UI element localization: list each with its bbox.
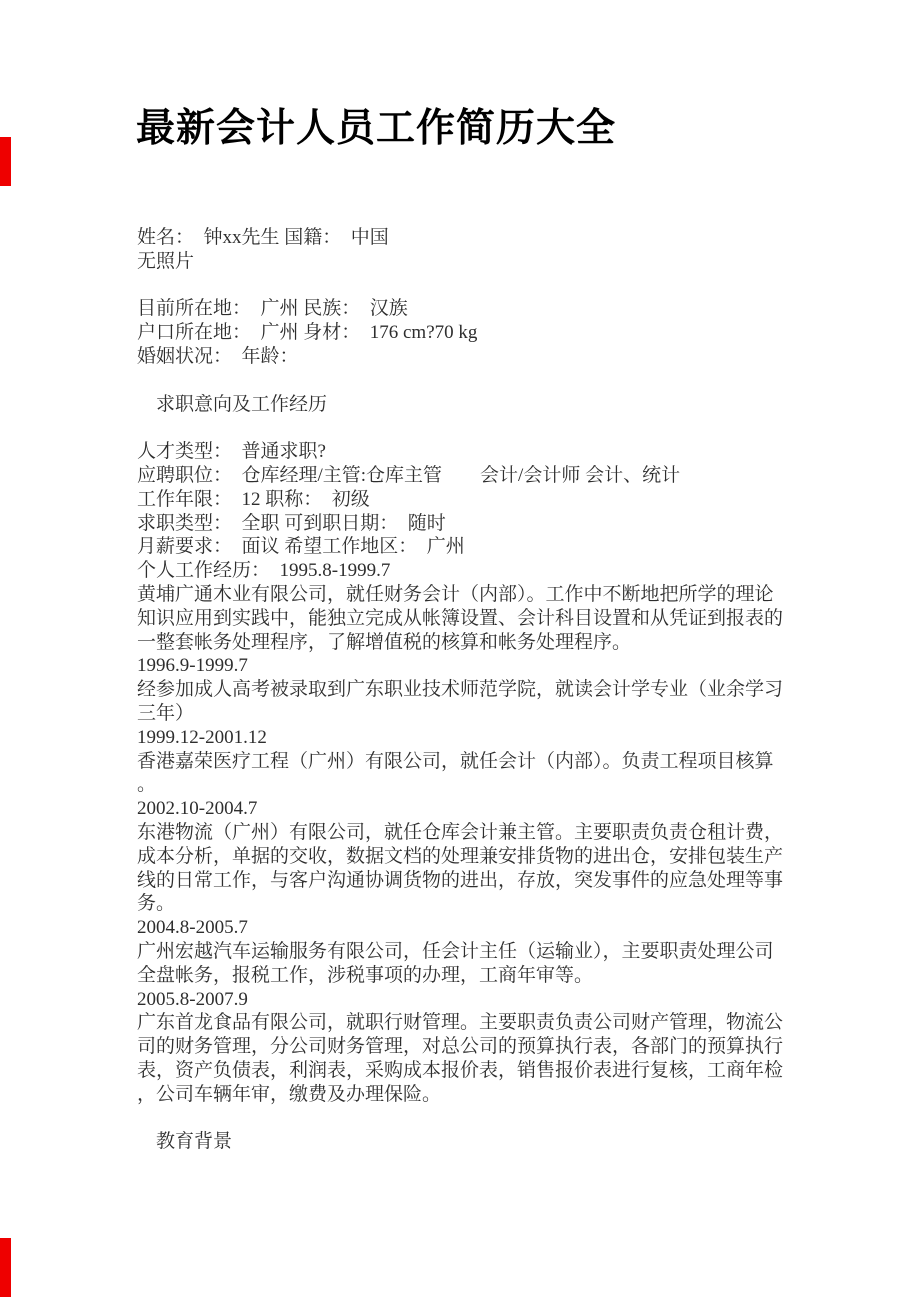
document-title: 最新会计人员工作简历大全 [136, 104, 616, 154]
line-no-photo: 无照片 [137, 250, 849, 274]
line-talent-type: 人才类型： 普通求职? [137, 440, 849, 464]
blank-line [137, 369, 849, 393]
para-donggang-logistics-3: 线的日常工作，与客户沟通协调货物的进出，存放，突发事件的应急处理等事 [137, 869, 849, 893]
para-hongkong-jiarong-2: 。 [137, 773, 849, 797]
para-guangdong-shoulong-3: 表，资产负债表，利润表，采购成本报价表，销售报价表进行复核，工商年检 [137, 1059, 849, 1083]
para-guangzhou-hongyue-2: 全盘帐务，报税工作，涉税事项的办理，工商年审等。 [137, 964, 849, 988]
left-margin-marker-top [0, 137, 11, 186]
para-guangzhou-hongyue-1: 广州宏越汽车运输服务有限公司，任会计主任（运输业），主要职责处理公司 [137, 940, 849, 964]
para-donggang-logistics-2: 成本分析，单据的交收，数据文档的处理兼安排货物的进出仓，安排包装生产 [137, 845, 849, 869]
line-date-1999: 1999.12-2001.12 [137, 726, 849, 750]
line-current-location-ethnic: 目前所在地： 广州 民族： 汉族 [137, 297, 849, 321]
document-page: 最新会计人员工作简历大全 姓名： 钟xx先生 国籍： 中国 无照片 目前所在地：… [0, 0, 920, 1302]
para-donggang-logistics-4: 务。 [137, 892, 849, 916]
line-date-2002: 2002.10-2004.7 [137, 797, 849, 821]
line-date-2004: 2004.8-2005.7 [137, 916, 849, 940]
line-marital-age: 婚姻状况： 年龄： [137, 345, 849, 369]
line-personal-experience-date-1995: 个人工作经历： 1995.8-1999.7 [137, 559, 849, 583]
para-huangpu-guangtong-3: 一整套帐务处理程序，了解增值税的核算和帐务处理程序。 [137, 631, 849, 655]
line-date-2005: 2005.8-2007.9 [137, 988, 849, 1012]
para-guangdong-shoulong-2: 司的财务管理，分公司财务管理，对总公司的预算执行表，各部门的预算执行 [137, 1035, 849, 1059]
para-huangpu-guangtong-1: 黄埔广通木业有限公司，就任财务会计（内部）。工作中不断地把所学的理论 [137, 583, 849, 607]
para-adult-college-2: 三年） [137, 702, 849, 726]
para-adult-college-1: 经参加成人高考被录取到广东职业技术师范学院，就读会计学专业（业余学习 [137, 678, 849, 702]
document-body: 姓名： 钟xx先生 国籍： 中国 无照片 目前所在地： 广州 民族： 汉族 户口… [137, 226, 849, 1154]
line-applied-position: 应聘职位： 仓库经理/主管:仓库主管 会计/会计师 会计、统计 [137, 464, 849, 488]
para-huangpu-guangtong-2: 知识应用到实践中，能独立完成从帐簿设置、会计科目设置和从凭证到报表的 [137, 607, 849, 631]
para-guangdong-shoulong-4: ，公司车辆年审，缴费及办理保险。 [137, 1083, 849, 1107]
line-salary-region: 月薪要求： 面议 希望工作地区： 广州 [137, 535, 849, 559]
line-job-type-available-date: 求职类型： 全职 可到职日期： 随时 [137, 512, 849, 536]
left-margin-marker-bottom [0, 1238, 11, 1297]
para-donggang-logistics-1: 东港物流（广州）有限公司，就任仓库会计兼主管。主要职责负责仓租计费， [137, 821, 849, 845]
section-heading-education: 教育背景 [137, 1130, 849, 1154]
para-guangdong-shoulong-1: 广东首龙食品有限公司，就职行财管理。主要职责负责公司财产管理，物流公 [137, 1011, 849, 1035]
blank-line [137, 1106, 849, 1130]
blank-line [137, 274, 849, 298]
line-work-years-title: 工作年限： 12 职称： 初级 [137, 488, 849, 512]
blank-line [137, 416, 849, 440]
para-hongkong-jiarong-1: 香港嘉荣医疗工程（广州）有限公司，就任会计（内部）。负责工程项目核算 [137, 750, 849, 774]
line-name-nationality: 姓名： 钟xx先生 国籍： 中国 [137, 226, 849, 250]
line-hukou-stature: 户口所在地： 广州 身材： 176 cm?70 kg [137, 321, 849, 345]
line-date-1996: 1996.9-1999.7 [137, 654, 849, 678]
section-heading-job-intention: 求职意向及工作经历 [137, 393, 849, 417]
